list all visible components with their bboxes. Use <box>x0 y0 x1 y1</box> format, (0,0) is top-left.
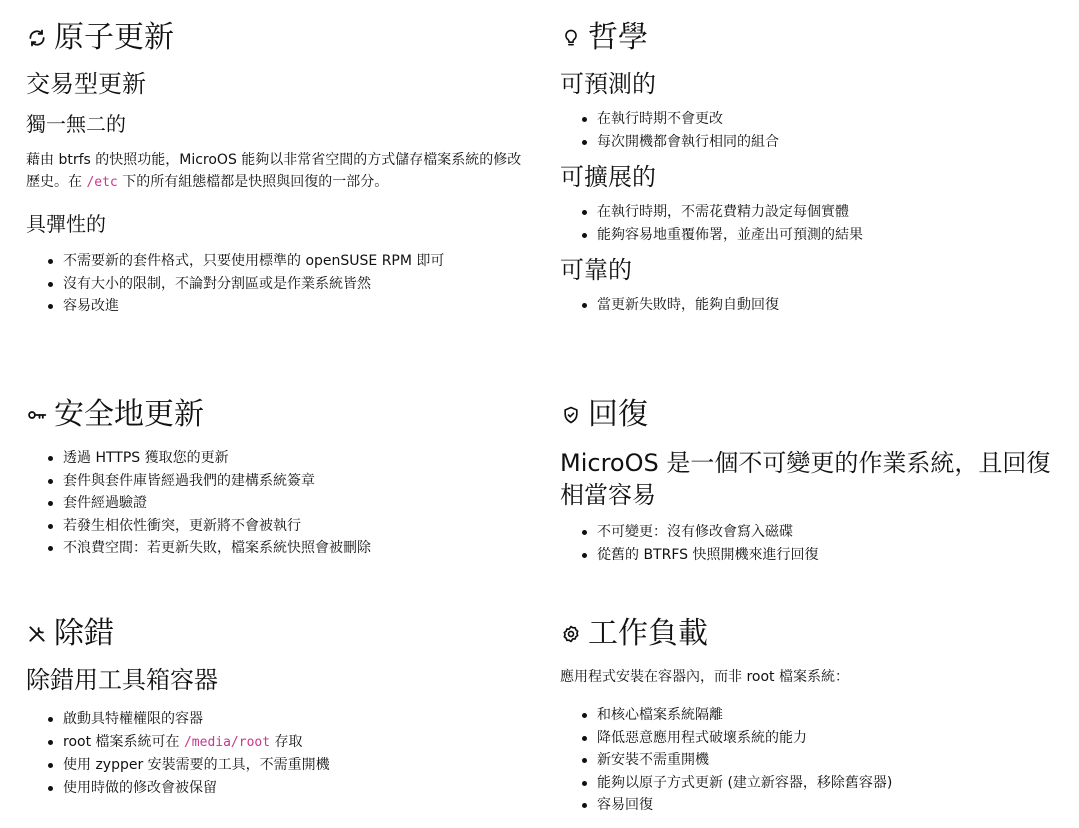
predictable-list: 在執行時期不會更改 每次開機都會執行相同的組合 <box>560 108 1070 153</box>
media-root-code: /media/root <box>184 735 270 750</box>
list-item: 每次開機都會執行相同的組合 <box>560 131 1070 154</box>
debug-title: 除錯 <box>54 614 114 654</box>
list-item: 沒有大小的限制，不論對分割區或是作業系統皆然 <box>26 273 536 296</box>
workload-title: 工作負載 <box>588 614 708 654</box>
list-item: 當更新失敗時，能夠自動回復 <box>560 294 1070 317</box>
lightbulb-icon <box>560 27 582 49</box>
section-rollback: 回復 MicroOS 是一個不可變更的作業系統，且回復相當容易 不可變更：沒有修… <box>560 395 1070 566</box>
list-item: 不可變更：沒有修改會寫入磁碟 <box>560 521 1070 544</box>
section-atomic-updates: 原子更新 交易型更新 獨一無二的 藉由 btrfs 的快照功能，MicroOS … <box>26 18 536 318</box>
list-item: 透過 HTTPS 獲取您的更新 <box>26 447 536 470</box>
scalable-heading: 可擴展的 <box>560 161 1070 193</box>
list-item: 從舊的 BTRFS 快照開機來進行回復 <box>560 544 1070 567</box>
predictable-heading: 可預測的 <box>560 68 1070 100</box>
resilient-heading: 具彈性的 <box>26 210 536 238</box>
section-title: 原子更新 <box>26 18 536 58</box>
section-title: 哲學 <box>560 18 1070 58</box>
section-philosophy: 哲學 可預測的 在執行時期不會更改 每次開機都會執行相同的組合 可擴展的 在執行… <box>560 18 1070 317</box>
list-item: 在執行時期不會更改 <box>560 108 1070 131</box>
scalable-list: 在執行時期，不需花費精力設定每個實體 能夠容易地重覆佈署，並產出可預測的結果 <box>560 201 1070 246</box>
rollback-list: 不可變更：沒有修改會寫入磁碟 從舊的 BTRFS 快照開機來進行回復 <box>560 521 1070 566</box>
list-item: 降低惡意應用程式破壞系統的能力 <box>560 727 1070 750</box>
atomic-title: 原子更新 <box>54 18 174 58</box>
reliable-heading: 可靠的 <box>560 254 1070 286</box>
debug-subtitle: 除錯用工具箱容器 <box>26 664 536 696</box>
section-debugging: 除錯 除錯用工具箱容器 啟動具特權權限的容器 root 檔案系統可在 /medi… <box>26 614 536 799</box>
workload-intro: 應用程式安裝在容器內，而非 root 檔案系統： <box>560 666 1070 688</box>
item-text: 存取 <box>270 734 302 750</box>
refresh-icon <box>26 27 48 49</box>
list-item: 容易改進 <box>26 295 536 318</box>
rollback-title: 回復 <box>588 395 648 435</box>
section-title: 除錯 <box>26 614 536 654</box>
list-item: 容易回復 <box>560 794 1070 817</box>
list-item: 使用 zypper 安裝需要的工具，不需重開機 <box>26 754 536 777</box>
list-item: 在執行時期，不需花費精力設定每個實體 <box>560 201 1070 224</box>
list-item: 使用時做的修改會被保留 <box>26 777 536 800</box>
workload-list: 和核心檔案系統隔離 降低惡意應用程式破壞系統的能力 新安裝不需重開機 能夠以原子… <box>560 704 1070 817</box>
section-title: 安全地更新 <box>26 395 536 435</box>
shield-check-icon <box>560 404 582 426</box>
list-item: 和核心檔案系統隔離 <box>560 704 1070 727</box>
atomic-subtitle: 交易型更新 <box>26 68 536 100</box>
paragraph-text: 下的所有組態檔都是快照與回復的一部分。 <box>118 174 388 190</box>
section-workload: 工作負載 應用程式安裝在容器內，而非 root 檔案系統： 和核心檔案系統隔離 … <box>560 614 1070 817</box>
list-item: root 檔案系統可在 /media/root 存取 <box>26 731 536 755</box>
section-title: 回復 <box>560 395 1070 435</box>
item-text: root 檔案系統可在 <box>63 734 184 750</box>
etc-code: /etc <box>86 175 117 190</box>
list-item: 能夠容易地重覆佈署，並產出可預測的結果 <box>560 224 1070 247</box>
debug-list: 啟動具特權權限的容器 root 檔案系統可在 /media/root 存取 使用… <box>26 708 536 799</box>
rollback-subtitle: MicroOS 是一個不可變更的作業系統，且回復相當容易 <box>560 447 1055 511</box>
list-item: 不需要新的套件格式，只要使用標準的 openSUSE RPM 即可 <box>26 250 536 273</box>
list-item: 套件經過驗證 <box>26 492 536 515</box>
philosophy-title: 哲學 <box>588 18 648 58</box>
list-item: 套件與套件庫皆經過我們的建構系統簽章 <box>26 470 536 493</box>
secure-title: 安全地更新 <box>54 395 204 435</box>
gear-icon <box>560 623 582 645</box>
list-item: 若發生相依性衝突，更新將不會被執行 <box>26 515 536 538</box>
section-secure-updates: 安全地更新 透過 HTTPS 獲取您的更新 套件與套件庫皆經過我們的建構系統簽章… <box>26 395 536 560</box>
secure-list: 透過 HTTPS 獲取您的更新 套件與套件庫皆經過我們的建構系統簽章 套件經過驗… <box>26 447 536 560</box>
resilient-list: 不需要新的套件格式，只要使用標準的 openSUSE RPM 即可 沒有大小的限… <box>26 250 536 318</box>
section-title: 工作負載 <box>560 614 1070 654</box>
reliable-list: 當更新失敗時，能夠自動回復 <box>560 294 1070 317</box>
tools-icon <box>26 623 48 645</box>
list-item: 啟動具特權權限的容器 <box>26 708 536 731</box>
list-item: 不浪費空間：若更新失敗，檔案系統快照會被刪除 <box>26 537 536 560</box>
unique-heading: 獨一無二的 <box>26 110 536 138</box>
key-icon <box>26 404 48 426</box>
list-item: 能夠以原子方式更新 (建立新容器，移除舊容器) <box>560 772 1070 795</box>
unique-paragraph: 藉由 btrfs 的快照功能，MicroOS 能夠以非常省空間的方式儲存檔案系統… <box>26 149 526 194</box>
list-item: 新安裝不需重開機 <box>560 749 1070 772</box>
